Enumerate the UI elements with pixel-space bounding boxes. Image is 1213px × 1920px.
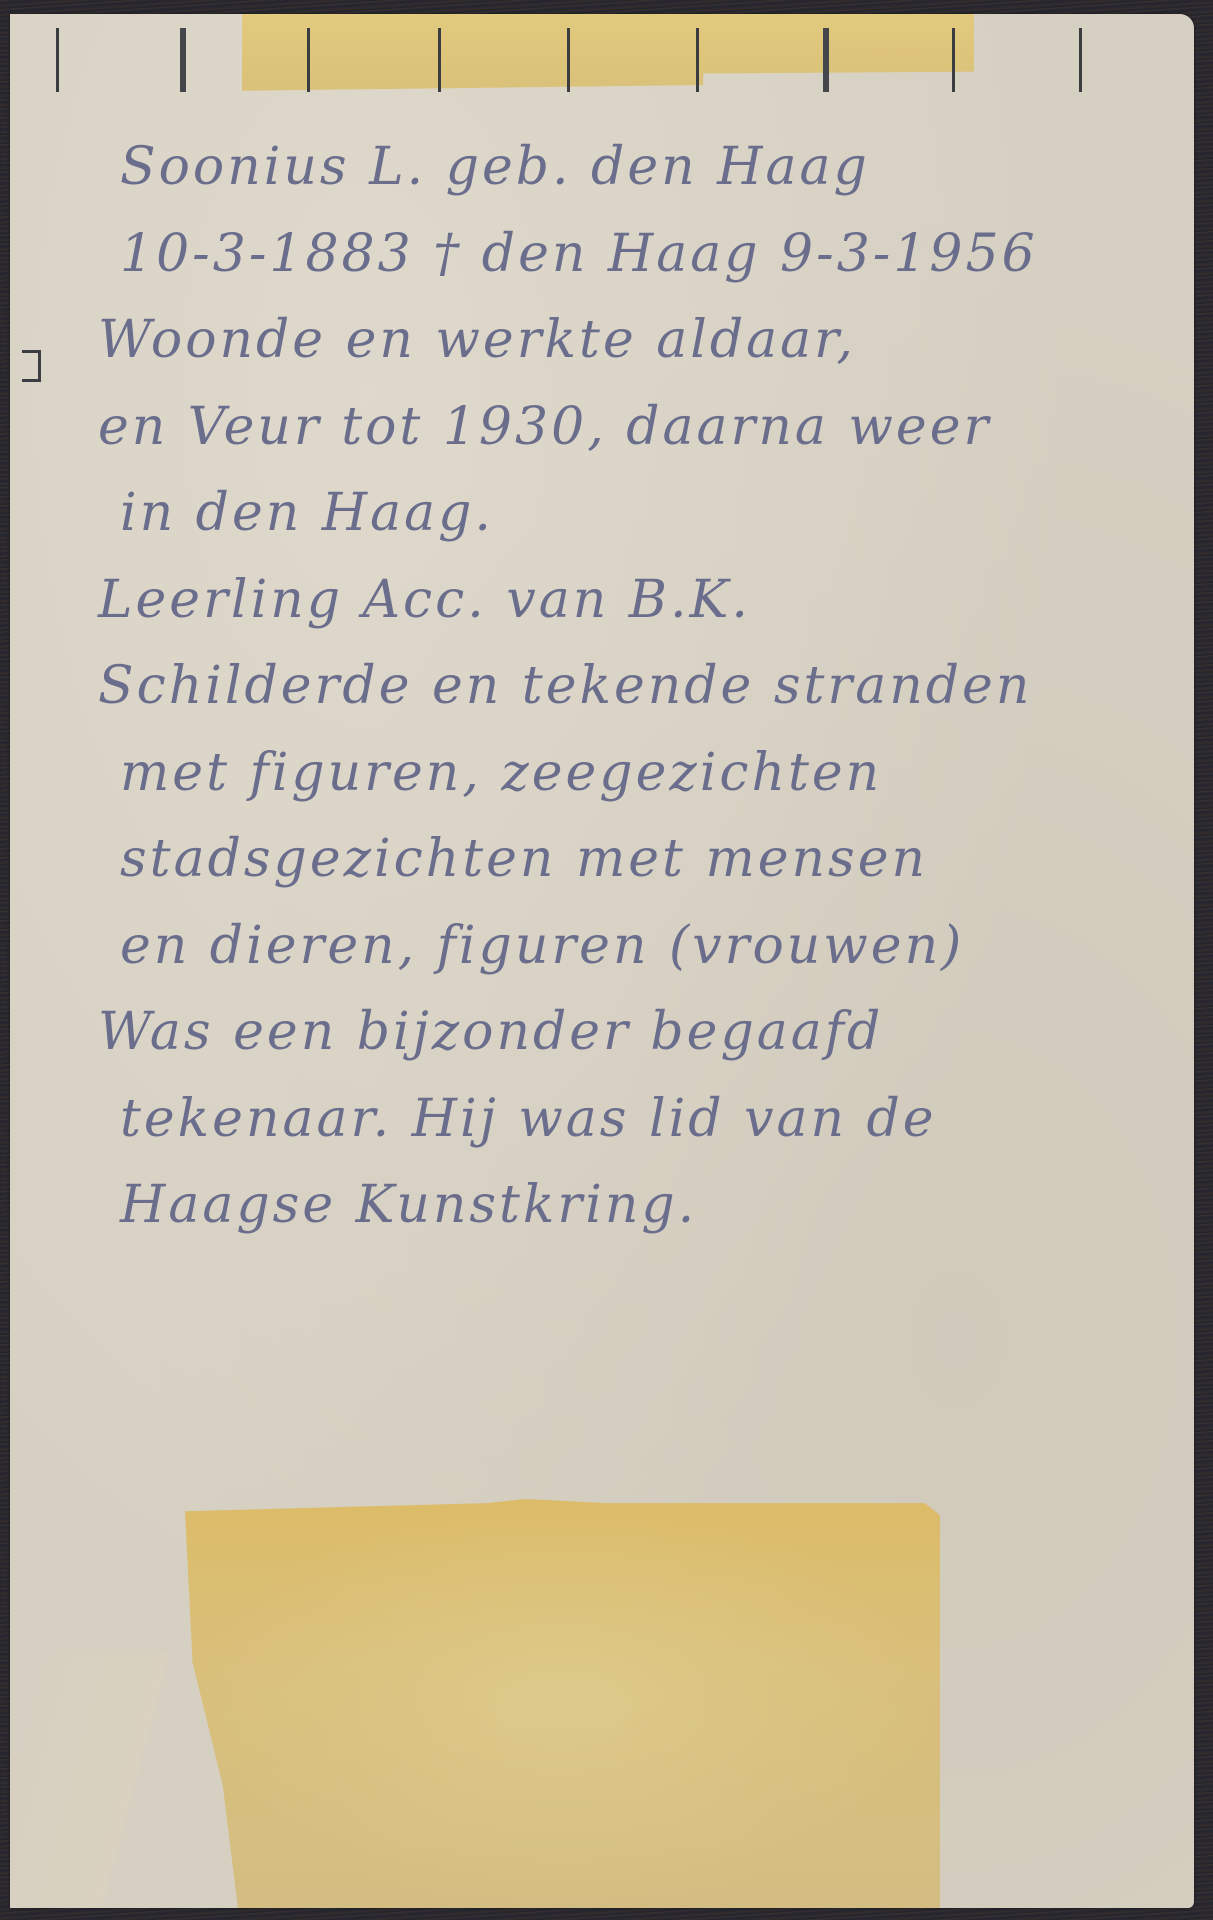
ruler-tick [823, 28, 829, 92]
text-line: tekenaar. Hij was lid van de [98, 1076, 1158, 1163]
text-line: 10-3-1883 † den Haag 9-3-1956 [98, 211, 1158, 298]
paper-crease [10, 1654, 230, 1908]
text-line: Leerling Acc. van B.K. [98, 557, 1158, 644]
archival-card: Soonius L. geb. den Haag 10-3-1883 † den… [10, 14, 1194, 1908]
ruler-tick [567, 28, 570, 92]
text-line: in den Haag. [98, 470, 1158, 557]
adhesive-tape-bottom [185, 1499, 940, 1908]
adhesive-tape-top [242, 14, 974, 110]
text-line: Woonde en werkte aldaar, [98, 297, 1158, 384]
ruler-tick [1079, 28, 1082, 92]
text-line: en dieren, figuren (vrouwen) [98, 903, 1158, 990]
ruler-tick [696, 28, 699, 92]
text-line: Haagse Kunstkring. [98, 1162, 1158, 1249]
ruler-tick [438, 28, 441, 92]
text-line: Soonius L. geb. den Haag [98, 124, 1158, 211]
text-line: stadsgezichten met mensen [98, 816, 1158, 903]
text-line: Was een bijzonder begaafd [98, 989, 1158, 1076]
handwritten-text: Soonius L. geb. den Haag 10-3-1883 † den… [98, 124, 1158, 1249]
ruler-tick [180, 28, 186, 92]
ruler-tick [56, 28, 59, 92]
text-line: Schilderde en tekende stranden [98, 643, 1158, 730]
edge-marker [22, 350, 41, 382]
text-line: en Veur tot 1930, daarna weer [98, 384, 1158, 471]
text-line: met figuren, zeegezichten [98, 730, 1158, 817]
ruler-tick [952, 28, 955, 92]
ruler-tick [307, 28, 310, 92]
